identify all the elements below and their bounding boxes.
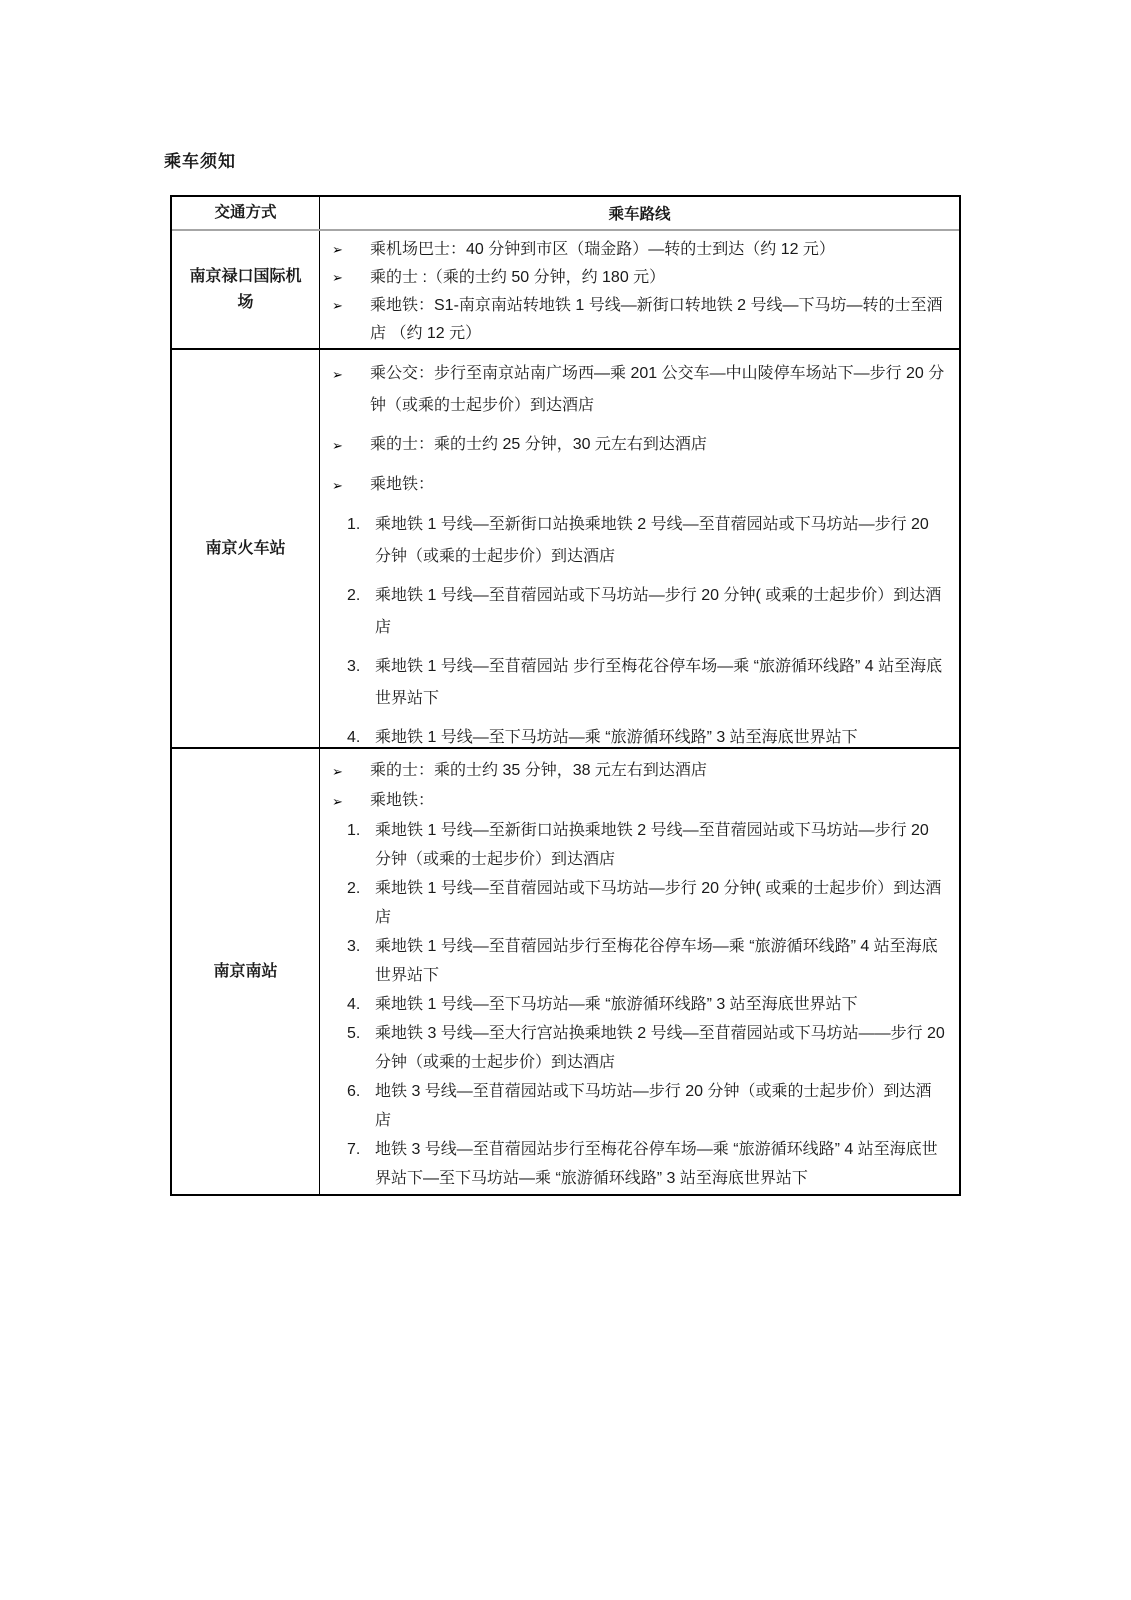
route-item: 7. 地铁 3 号线—至苜蓿园站步行至梅花谷停车场—乘 “旅游循环线路” 4 站… bbox=[320, 1135, 945, 1193]
route-item-text: 乘地铁 1 号线—至苜蓿园站步行至梅花谷停车场—乘 “旅游循环线路” 4 站至海… bbox=[375, 932, 945, 990]
column-header-route: 乘车路线 bbox=[320, 197, 959, 229]
table-row-south-station: 南京南站 ➢ 乘的士：乘的士约 35 分钟，38 元左右到达酒店 ➢ 乘地铁： … bbox=[172, 749, 959, 1194]
route-cell: ➢ 乘机场巴士：40 分钟到市区（瑞金路）—转的士到达（约 12 元） ➢ 乘的… bbox=[320, 231, 959, 348]
route-cell: ➢ 乘的士：乘的士约 35 分钟，38 元左右到达酒店 ➢ 乘地铁： 1. 乘地… bbox=[320, 749, 959, 1194]
method-label: 南京火车站 bbox=[172, 350, 320, 747]
column-header-method: 交通方式 bbox=[172, 197, 320, 229]
route-item: 6. 地铁 3 号线—至苜蓿园站或下马坊站—步行 20 分钟（或乘的士起步价）到… bbox=[320, 1077, 945, 1135]
list-number: 1. bbox=[347, 816, 375, 874]
list-number: 2. bbox=[347, 580, 375, 644]
arrow-bullet-icon: ➢ bbox=[332, 469, 370, 502]
route-item-text: 地铁 3 号线—至苜蓿园站或下马坊站—步行 20 分钟（或乘的士起步价）到达酒店 bbox=[375, 1077, 945, 1135]
page-title: 乘车须知 bbox=[164, 147, 236, 172]
list-number: 3. bbox=[347, 932, 375, 990]
route-item-text: 乘地铁 1 号线—至苜蓿园站或下马坊站—步行 20 分钟( 或乘的士起步价）到达… bbox=[375, 874, 945, 932]
arrow-bullet-icon: ➢ bbox=[332, 429, 370, 462]
route-item-text: 乘的士：乘的士约 35 分钟，38 元左右到达酒店 bbox=[370, 756, 945, 786]
arrow-bullet-icon: ➢ bbox=[332, 236, 370, 264]
arrow-bullet-icon: ➢ bbox=[332, 358, 370, 422]
route-item-text: 乘地铁 3 号线—至大行宫站换乘地铁 2 号线—至苜蓿园站或下马坊站——步行 2… bbox=[375, 1019, 945, 1077]
route-item: ➢ 乘的士：乘的士约 25 分钟，30 元左右到达酒店 bbox=[320, 429, 945, 462]
route-item-text: 乘地铁 1 号线—至苜蓿园站或下马坊站—步行 20 分钟( 或乘的士起步价）到达… bbox=[375, 580, 945, 644]
route-item: ➢ 乘机场巴士：40 分钟到市区（瑞金路）—转的士到达（约 12 元） bbox=[320, 236, 945, 264]
table-row-airport: 南京禄口国际机场 ➢ 乘机场巴士：40 分钟到市区（瑞金路）—转的士到达（约 1… bbox=[172, 231, 959, 350]
route-item: 1. 乘地铁 1 号线—至新街口站换乘地铁 2 号线—至苜蓿园站或下马坊站—步行… bbox=[320, 509, 945, 573]
route-item: ➢ 乘的士 :（乘的士约 50 分钟，约 180 元） bbox=[320, 264, 945, 292]
route-item: 2. 乘地铁 1 号线—至苜蓿园站或下马坊站—步行 20 分钟( 或乘的士起步价… bbox=[320, 580, 945, 644]
route-item-text: 乘地铁： bbox=[370, 786, 945, 816]
arrow-bullet-icon: ➢ bbox=[332, 756, 370, 786]
route-item-text: 乘地铁 1 号线—至新街口站换乘地铁 2 号线—至苜蓿园站或下马坊站—步行 20… bbox=[375, 816, 945, 874]
list-number: 4. bbox=[347, 990, 375, 1019]
route-item: ➢ 乘公交：步行至南京站南广场西—乘 201 公交车—中山陵停车场站下—步行 2… bbox=[320, 358, 945, 422]
route-item: 5. 乘地铁 3 号线—至大行宫站换乘地铁 2 号线—至苜蓿园站或下马坊站——步… bbox=[320, 1019, 945, 1077]
route-item-text: 地铁 3 号线—至苜蓿园站步行至梅花谷停车场—乘 “旅游循环线路” 4 站至海底… bbox=[375, 1135, 945, 1193]
route-item: 3. 乘地铁 1 号线—至苜蓿园站 步行至梅花谷停车场—乘 “旅游循环线路” 4… bbox=[320, 651, 945, 715]
list-number: 5. bbox=[347, 1019, 375, 1077]
route-item-text: 乘的士：乘的士约 25 分钟，30 元左右到达酒店 bbox=[370, 429, 945, 462]
route-item-text: 乘机场巴士：40 分钟到市区（瑞金路）—转的士到达（约 12 元） bbox=[370, 236, 945, 264]
arrow-bullet-icon: ➢ bbox=[332, 786, 370, 816]
route-item: 2. 乘地铁 1 号线—至苜蓿园站或下马坊站—步行 20 分钟( 或乘的士起步价… bbox=[320, 874, 945, 932]
list-number: 7. bbox=[347, 1135, 375, 1193]
method-label: 南京南站 bbox=[172, 749, 320, 1194]
list-number: 1. bbox=[347, 509, 375, 573]
route-item: ➢ 乘地铁： bbox=[320, 469, 945, 502]
route-item-text: 乘地铁： bbox=[370, 469, 945, 502]
route-item-text: 乘地铁 1 号线—至新街口站换乘地铁 2 号线—至苜蓿园站或下马坊站—步行 20… bbox=[375, 509, 945, 573]
arrow-bullet-icon: ➢ bbox=[332, 292, 370, 348]
route-item: ➢ 乘的士：乘的士约 35 分钟，38 元左右到达酒店 bbox=[320, 756, 945, 786]
route-item: 1. 乘地铁 1 号线—至新街口站换乘地铁 2 号线—至苜蓿园站或下马坊站—步行… bbox=[320, 816, 945, 874]
transport-table: 交通方式 乘车路线 南京禄口国际机场 ➢ 乘机场巴士：40 分钟到市区（瑞金路）… bbox=[170, 195, 961, 1196]
route-item: ➢ 乘地铁： bbox=[320, 786, 945, 816]
route-item-text: 乘公交：步行至南京站南广场西—乘 201 公交车—中山陵停车场站下—步行 20 … bbox=[370, 358, 945, 422]
arrow-bullet-icon: ➢ bbox=[332, 264, 370, 292]
list-number: 3. bbox=[347, 651, 375, 715]
route-item: ➢ 乘地铁：S1-南京南站转地铁 1 号线—新街口转地铁 2 号线—下马坊—转的… bbox=[320, 292, 945, 348]
method-label: 南京禄口国际机场 bbox=[172, 231, 320, 348]
route-cell: ➢ 乘公交：步行至南京站南广场西—乘 201 公交车—中山陵停车场站下—步行 2… bbox=[320, 350, 959, 747]
table-header-row: 交通方式 乘车路线 bbox=[172, 197, 959, 231]
route-item-text: 乘地铁 1 号线—至苜蓿园站 步行至梅花谷停车场—乘 “旅游循环线路” 4 站至… bbox=[375, 651, 945, 715]
table-row-railway-station: 南京火车站 ➢ 乘公交：步行至南京站南广场西—乘 201 公交车—中山陵停车场站… bbox=[172, 350, 959, 749]
route-item: 4. 乘地铁 1 号线—至下马坊站—乘 “旅游循环线路” 3 站至海底世界站下 bbox=[320, 990, 945, 1019]
list-number: 6. bbox=[347, 1077, 375, 1135]
list-number: 2. bbox=[347, 874, 375, 932]
route-item-text: 乘地铁：S1-南京南站转地铁 1 号线—新街口转地铁 2 号线—下马坊—转的士至… bbox=[370, 292, 945, 348]
route-item-text: 乘地铁 1 号线—至下马坊站—乘 “旅游循环线路” 3 站至海底世界站下 bbox=[375, 990, 945, 1019]
route-item-text: 乘的士 :（乘的士约 50 分钟，约 180 元） bbox=[370, 264, 945, 292]
route-item: 3. 乘地铁 1 号线—至苜蓿园站步行至梅花谷停车场—乘 “旅游循环线路” 4 … bbox=[320, 932, 945, 990]
